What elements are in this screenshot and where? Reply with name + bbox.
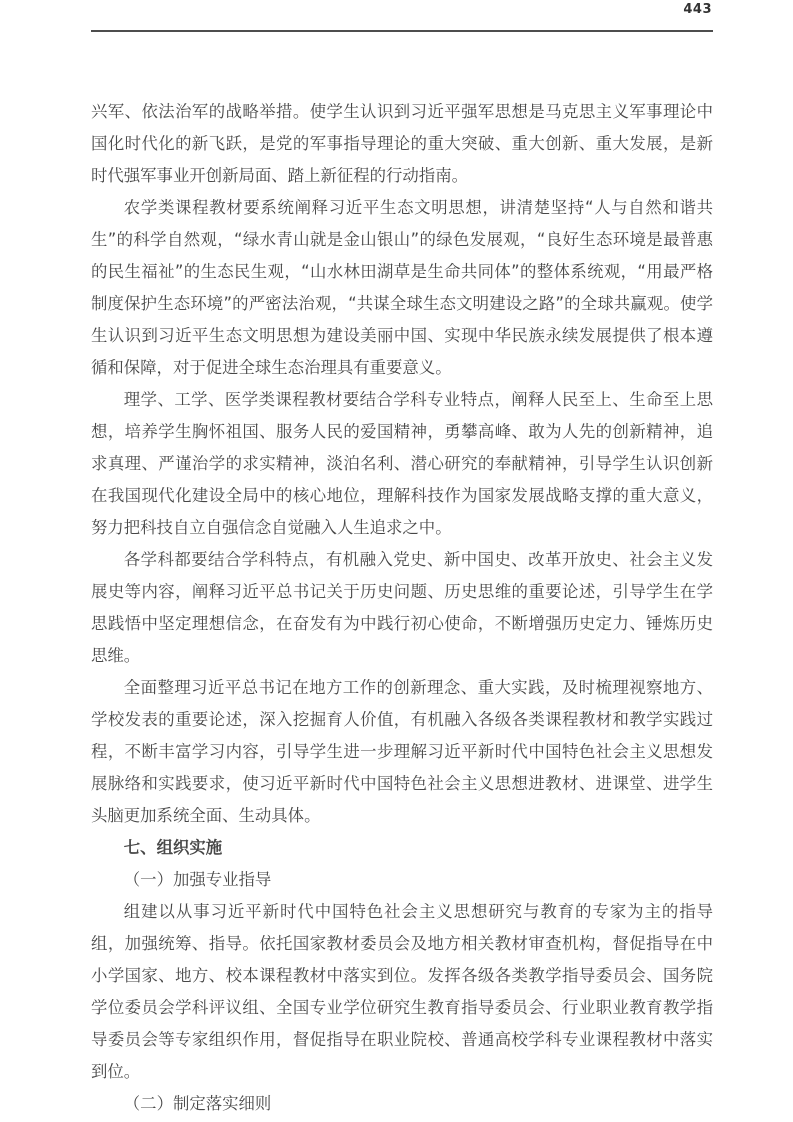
paragraph: 组建以从事习近平新时代中国特色社会主义思想研究与教育的专家为主的指导组，加强统筹… <box>91 896 713 1088</box>
document-page: 443 兴军、依法治军的战略举措。使学生认识到习近平强军思想是马克思主义军事理论… <box>0 0 793 1122</box>
paragraph: 农学类课程教材要系统阐释习近平生态文明思想，讲清楚坚持“人与自然和谐共生”的科学… <box>91 192 713 384</box>
paragraph: 理学、工学、医学类课程教材要结合学科专业特点，阐释人民至上、生命至上思想，培养学… <box>91 384 713 544</box>
paragraph: 兴军、依法治军的战略举措。使学生认识到习近平强军思想是马克思主义军事理论中国化时… <box>91 96 713 192</box>
section-heading: 七、组织实施 <box>91 832 713 864</box>
sub-heading: （一）加强专业指导 <box>91 864 713 896</box>
header-rule <box>91 30 713 32</box>
page-number: 443 <box>683 2 712 17</box>
document-body: 兴军、依法治军的战略举措。使学生认识到习近平强军思想是马克思主义军事理论中国化时… <box>91 96 713 1120</box>
sub-heading: （二）制定落实细则 <box>91 1088 713 1120</box>
paragraph: 全面整理习近平总书记在地方工作的创新理念、重大实践，及时梳理视察地方、学校发表的… <box>91 672 713 832</box>
paragraph: 各学科都要结合学科特点，有机融入党史、新中国史、改革开放史、社会主义发展史等内容… <box>91 544 713 672</box>
